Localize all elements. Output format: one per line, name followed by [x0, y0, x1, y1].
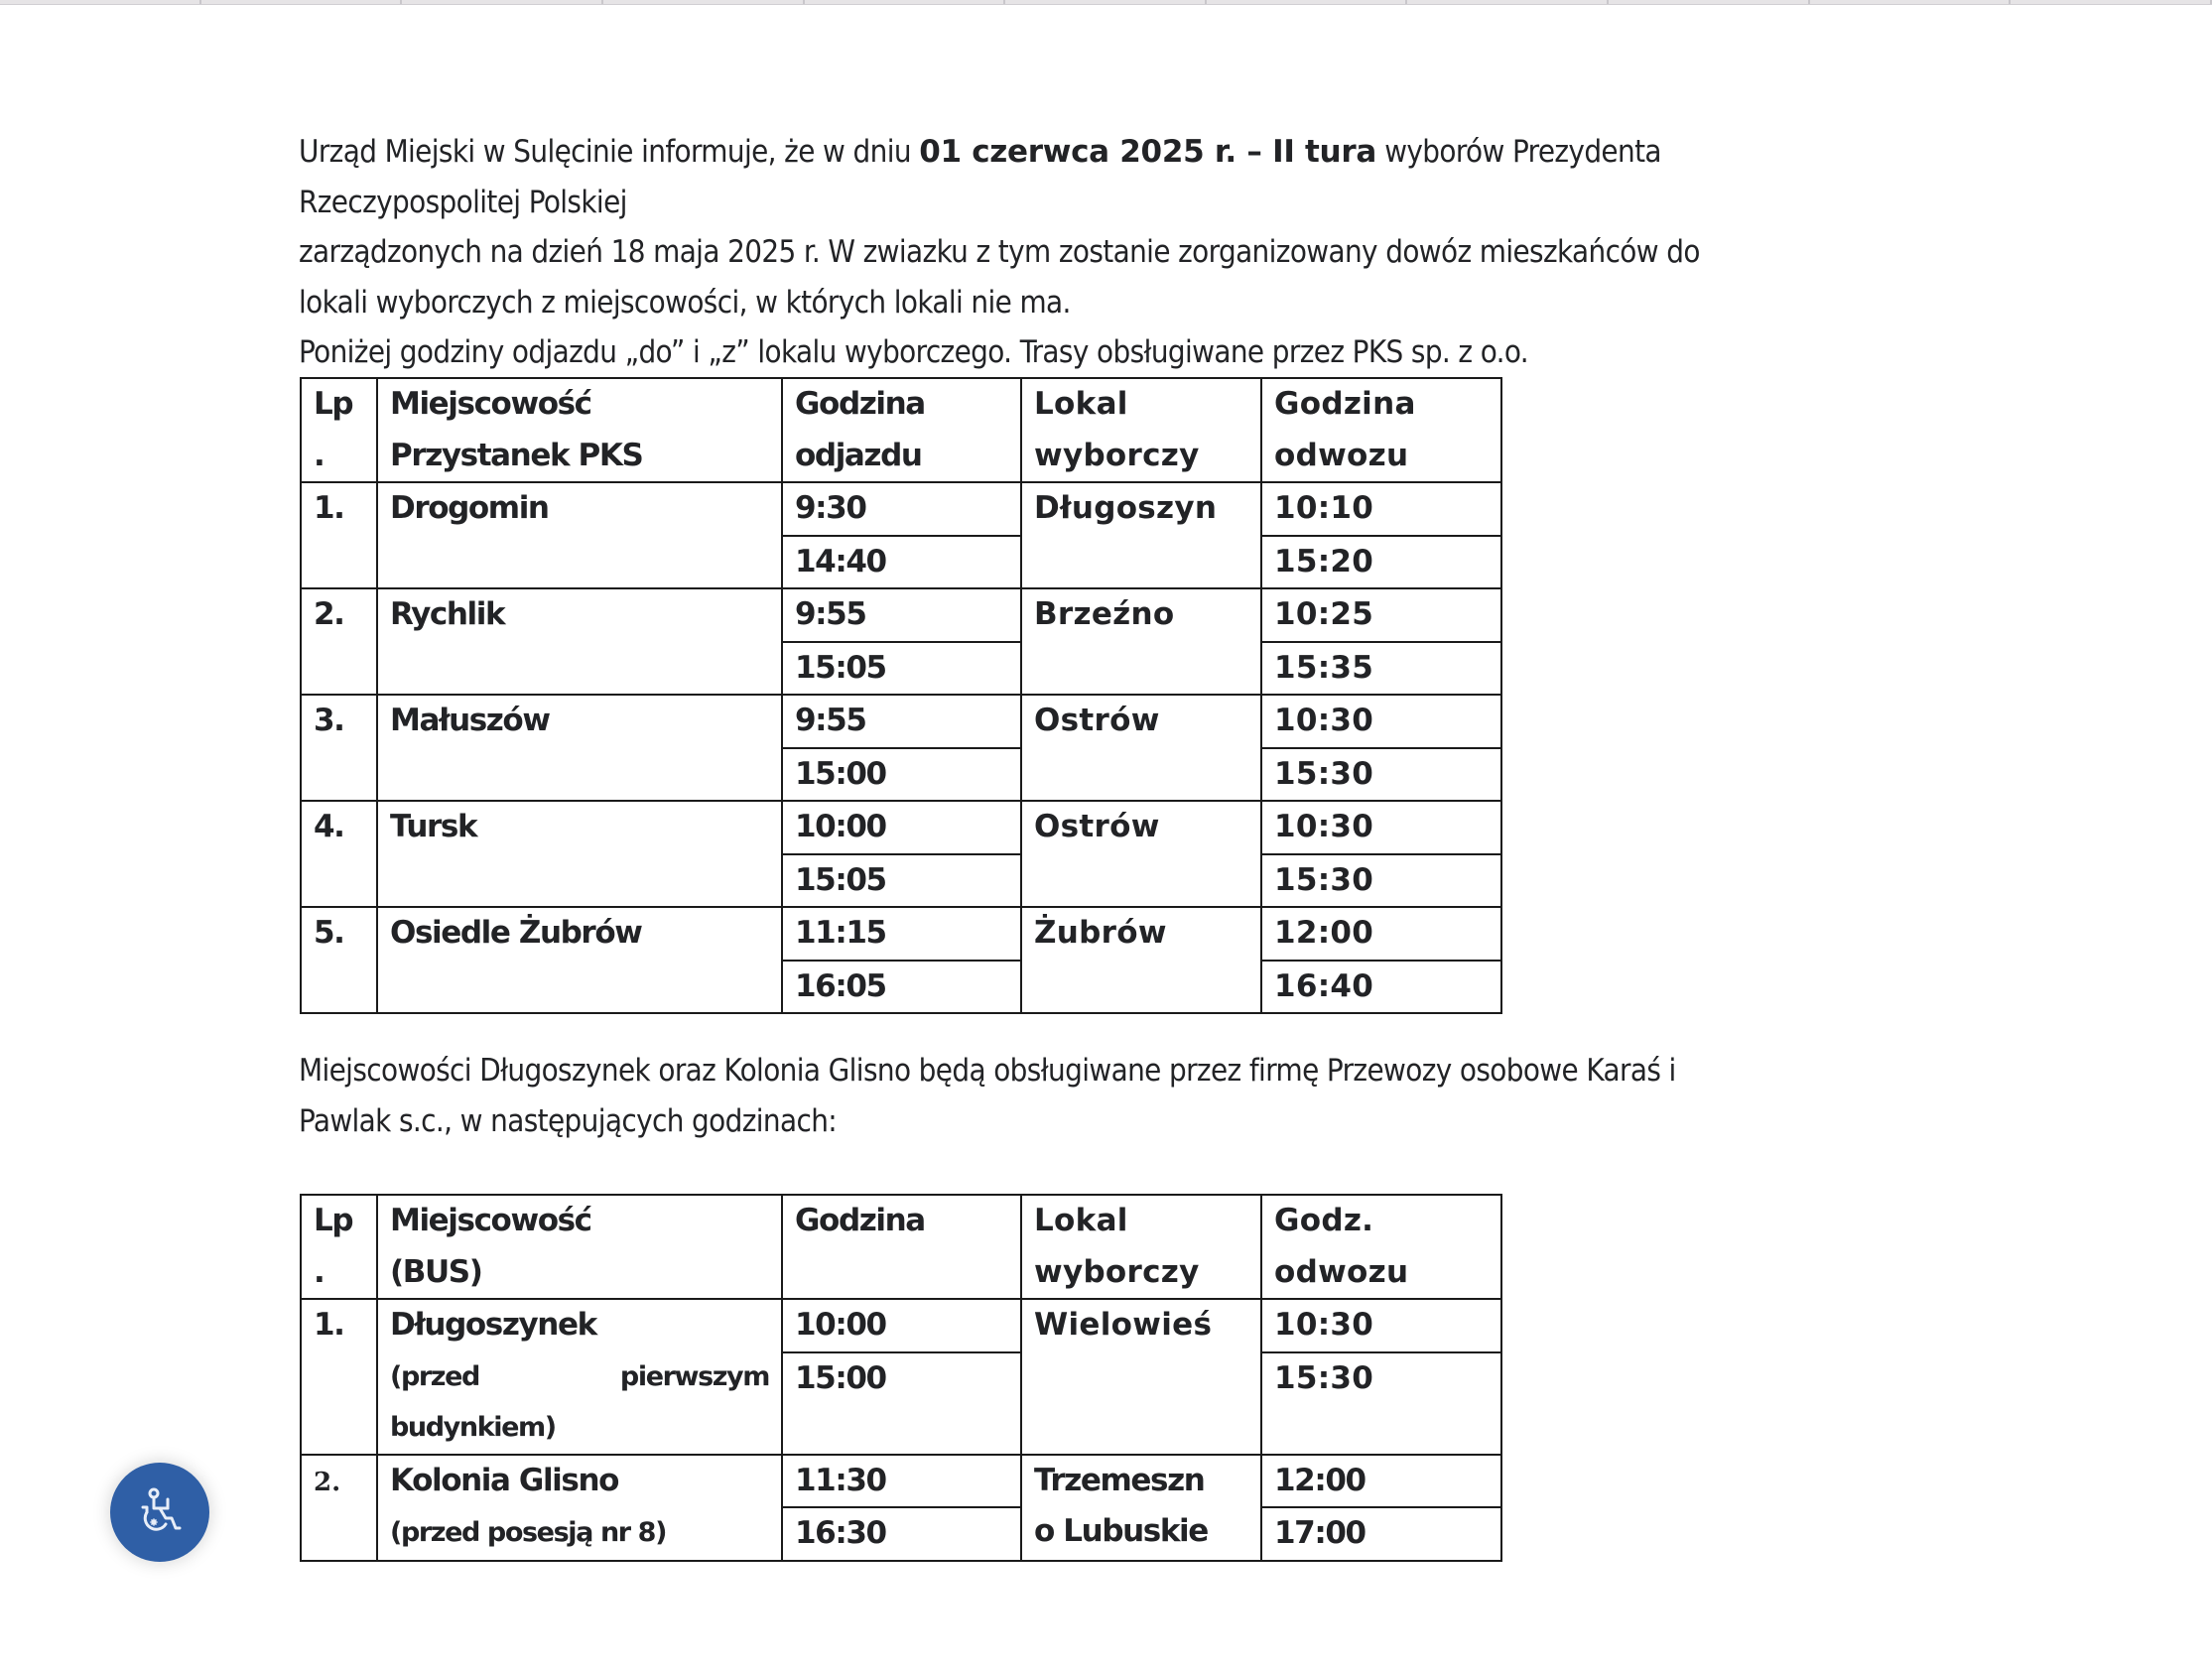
table-row: 1. Długoszynek (przedpierwszym budynkiem…: [301, 1299, 1501, 1352]
row-departure: 15:00: [782, 748, 1021, 802]
row-departure: 16:05: [782, 961, 1021, 1014]
bus-info-paragraph: Miejscowości Długoszynek oraz Kolonia Gl…: [299, 1046, 2021, 1146]
row-return: 15:20: [1261, 536, 1501, 589]
row-departure: 9:55: [782, 588, 1021, 642]
row-return: 10:10: [1261, 482, 1501, 536]
row-place: Drogomin: [377, 482, 782, 588]
header-return: Godz.odwozu: [1261, 1195, 1501, 1299]
row-departure: 11:30: [782, 1455, 1021, 1508]
browser-tab[interactable]: [1609, 0, 1810, 4]
header-return: Godzinaodwozu: [1261, 378, 1501, 482]
row-departure: 15:05: [782, 854, 1021, 908]
accessibility-button[interactable]: [110, 1463, 209, 1562]
bus-schedule-table: Lp. Miejscowość(BUS) Godzina Lokalwyborc…: [300, 1194, 1502, 1562]
bus-info-line-2: Pawlak s.c., w następujących godzinach:: [299, 1096, 2021, 1147]
row-return: 15:30: [1261, 854, 1501, 908]
row-return: 15:35: [1261, 642, 1501, 696]
browser-tab[interactable]: [201, 0, 403, 4]
row-station: Trzemeszno Lubuskie: [1021, 1455, 1261, 1561]
browser-tab-strip: [0, 0, 2212, 5]
election-date-bold: 01 czerwca 2025 r. – II tura: [919, 134, 1376, 170]
browser-tab[interactable]: [1407, 0, 1609, 4]
browser-tab[interactable]: [1207, 0, 1408, 4]
row-place: Kolonia Glisno (przed posesją nr 8): [377, 1455, 782, 1561]
row-place: Osiedle Żubrów: [377, 907, 782, 1013]
browser-tab[interactable]: [603, 0, 805, 4]
browser-tab[interactable]: [805, 0, 1006, 4]
row-station: Żubrów: [1021, 907, 1261, 1013]
row-station: Ostrów: [1021, 801, 1261, 907]
row-return: 10:30: [1261, 1299, 1501, 1352]
header-place: Miejscowość(BUS): [377, 1195, 782, 1299]
row-departure: 9:30: [782, 482, 1021, 536]
row-lp: 4.: [301, 801, 377, 907]
table-row: 1.Drogomin9:30Długoszyn10:10: [301, 482, 1501, 536]
table-row: 4.Tursk10:00Ostrów10:30: [301, 801, 1501, 854]
browser-tab[interactable]: [402, 0, 603, 4]
table-row: 2.Rychlik9:55Brzeźno10:25: [301, 588, 1501, 642]
row-lp: 5.: [301, 907, 377, 1013]
intro-line-4: lokali wyborczych z miejscowości, w któr…: [299, 278, 2021, 328]
row-lp: 1.: [301, 482, 377, 588]
table-row: 2. Kolonia Glisno (przed posesją nr 8) 1…: [301, 1455, 1501, 1508]
row-return: 12:00: [1261, 907, 1501, 961]
row-station: Wielowieś: [1021, 1299, 1261, 1455]
row-return: 16:40: [1261, 961, 1501, 1014]
table-header-row: Lp. Miejscowość(BUS) Godzina Lokalwyborc…: [301, 1195, 1501, 1299]
browser-tab[interactable]: [2011, 0, 2212, 4]
row-return: 17:00: [1261, 1507, 1501, 1561]
row-lp: 3.: [301, 695, 377, 801]
row-departure: 16:30: [782, 1507, 1021, 1561]
intro-line-1: Urząd Miejski w Sulęcinie informuje, że …: [299, 127, 2021, 178]
row-place: Małuszów: [377, 695, 782, 801]
row-place: Tursk: [377, 801, 782, 907]
row-station: Brzeźno: [1021, 588, 1261, 695]
row-return: 10:30: [1261, 695, 1501, 748]
pks-schedule-table: Lp. MiejscowośćPrzystanek PKS Godzinaodj…: [300, 377, 1502, 1014]
header-station: Lokalwyborczy: [1021, 1195, 1261, 1299]
row-departure: 9:55: [782, 695, 1021, 748]
row-lp: 2.: [301, 1455, 377, 1561]
intro-text: Urząd Miejski w Sulęcinie informuje, że …: [299, 134, 919, 170]
header-station: Lokalwyborczy: [1021, 378, 1261, 482]
wheelchair-icon: [134, 1486, 186, 1538]
bus-info-line-1: Miejscowości Długoszynek oraz Kolonia Gl…: [299, 1046, 2021, 1096]
browser-tab[interactable]: [1005, 0, 1207, 4]
table-header-row: Lp. MiejscowośćPrzystanek PKS Godzinaodj…: [301, 378, 1501, 482]
row-departure: 15:00: [782, 1352, 1021, 1455]
intro-line-2: Rzeczypospolitej Polskiej: [299, 178, 2021, 228]
row-return: 10:25: [1261, 588, 1501, 642]
browser-tab[interactable]: [0, 0, 201, 4]
intro-line-3: zarządzonych na dzień 18 maja 2025 r. W …: [299, 227, 2021, 278]
table-row: 3.Małuszów9:55Ostrów10:30: [301, 695, 1501, 748]
row-station: Ostrów: [1021, 695, 1261, 801]
table-row: 5.Osiedle Żubrów11:15Żubrów12:00: [301, 907, 1501, 961]
row-return: 12:00: [1261, 1455, 1501, 1508]
header-departure: Godzina: [782, 1195, 1021, 1299]
header-lp: Lp.: [301, 378, 377, 482]
row-departure: 15:05: [782, 642, 1021, 696]
announcement-intro: Urząd Miejski w Sulęcinie informuje, że …: [299, 127, 2021, 378]
row-return: 10:30: [1261, 801, 1501, 854]
row-place: Rychlik: [377, 588, 782, 695]
browser-tab[interactable]: [1810, 0, 2012, 4]
row-departure: 10:00: [782, 801, 1021, 854]
row-lp: 2.: [301, 588, 377, 695]
header-lp: Lp.: [301, 1195, 377, 1299]
header-place: MiejscowośćPrzystanek PKS: [377, 378, 782, 482]
row-place: Długoszynek (przedpierwszym budynkiem): [377, 1299, 782, 1455]
row-return: 15:30: [1261, 1352, 1501, 1455]
header-departure: Godzinaodjazdu: [782, 378, 1021, 482]
row-departure: 10:00: [782, 1299, 1021, 1352]
intro-line-5: Poniżej godziny odjazdu „do” i „z” lokal…: [299, 327, 2021, 378]
row-return: 15:30: [1261, 748, 1501, 802]
row-departure: 11:15: [782, 907, 1021, 961]
row-station: Długoszyn: [1021, 482, 1261, 588]
intro-text: wyborów Prezydenta: [1376, 134, 1661, 170]
row-lp: 1.: [301, 1299, 377, 1455]
row-departure: 14:40: [782, 536, 1021, 589]
